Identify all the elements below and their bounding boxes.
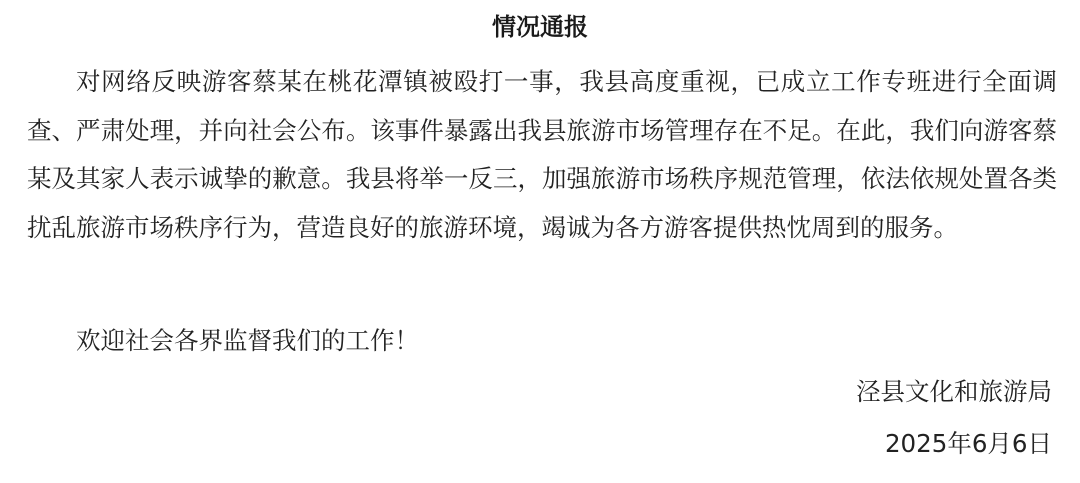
document-title: 情况通报 bbox=[0, 10, 1080, 44]
notice-body-paragraph: 对网络反映游客蔡某在桃花潭镇被殴打一事，我县高度重视，已成立工作专班进行全面调查… bbox=[27, 58, 1057, 252]
closing-paragraph: 欢迎社会各界监督我们的工作！ bbox=[27, 317, 1057, 366]
issuing-authority: 泾县文化和旅游局 bbox=[856, 368, 1052, 416]
notice-document: 情况通报 对网络反映游客蔡某在桃花潭镇被殴打一事，我县高度重视，已成立工作专班进… bbox=[0, 0, 1080, 483]
issue-date: 2025年6月6日 bbox=[885, 420, 1052, 468]
